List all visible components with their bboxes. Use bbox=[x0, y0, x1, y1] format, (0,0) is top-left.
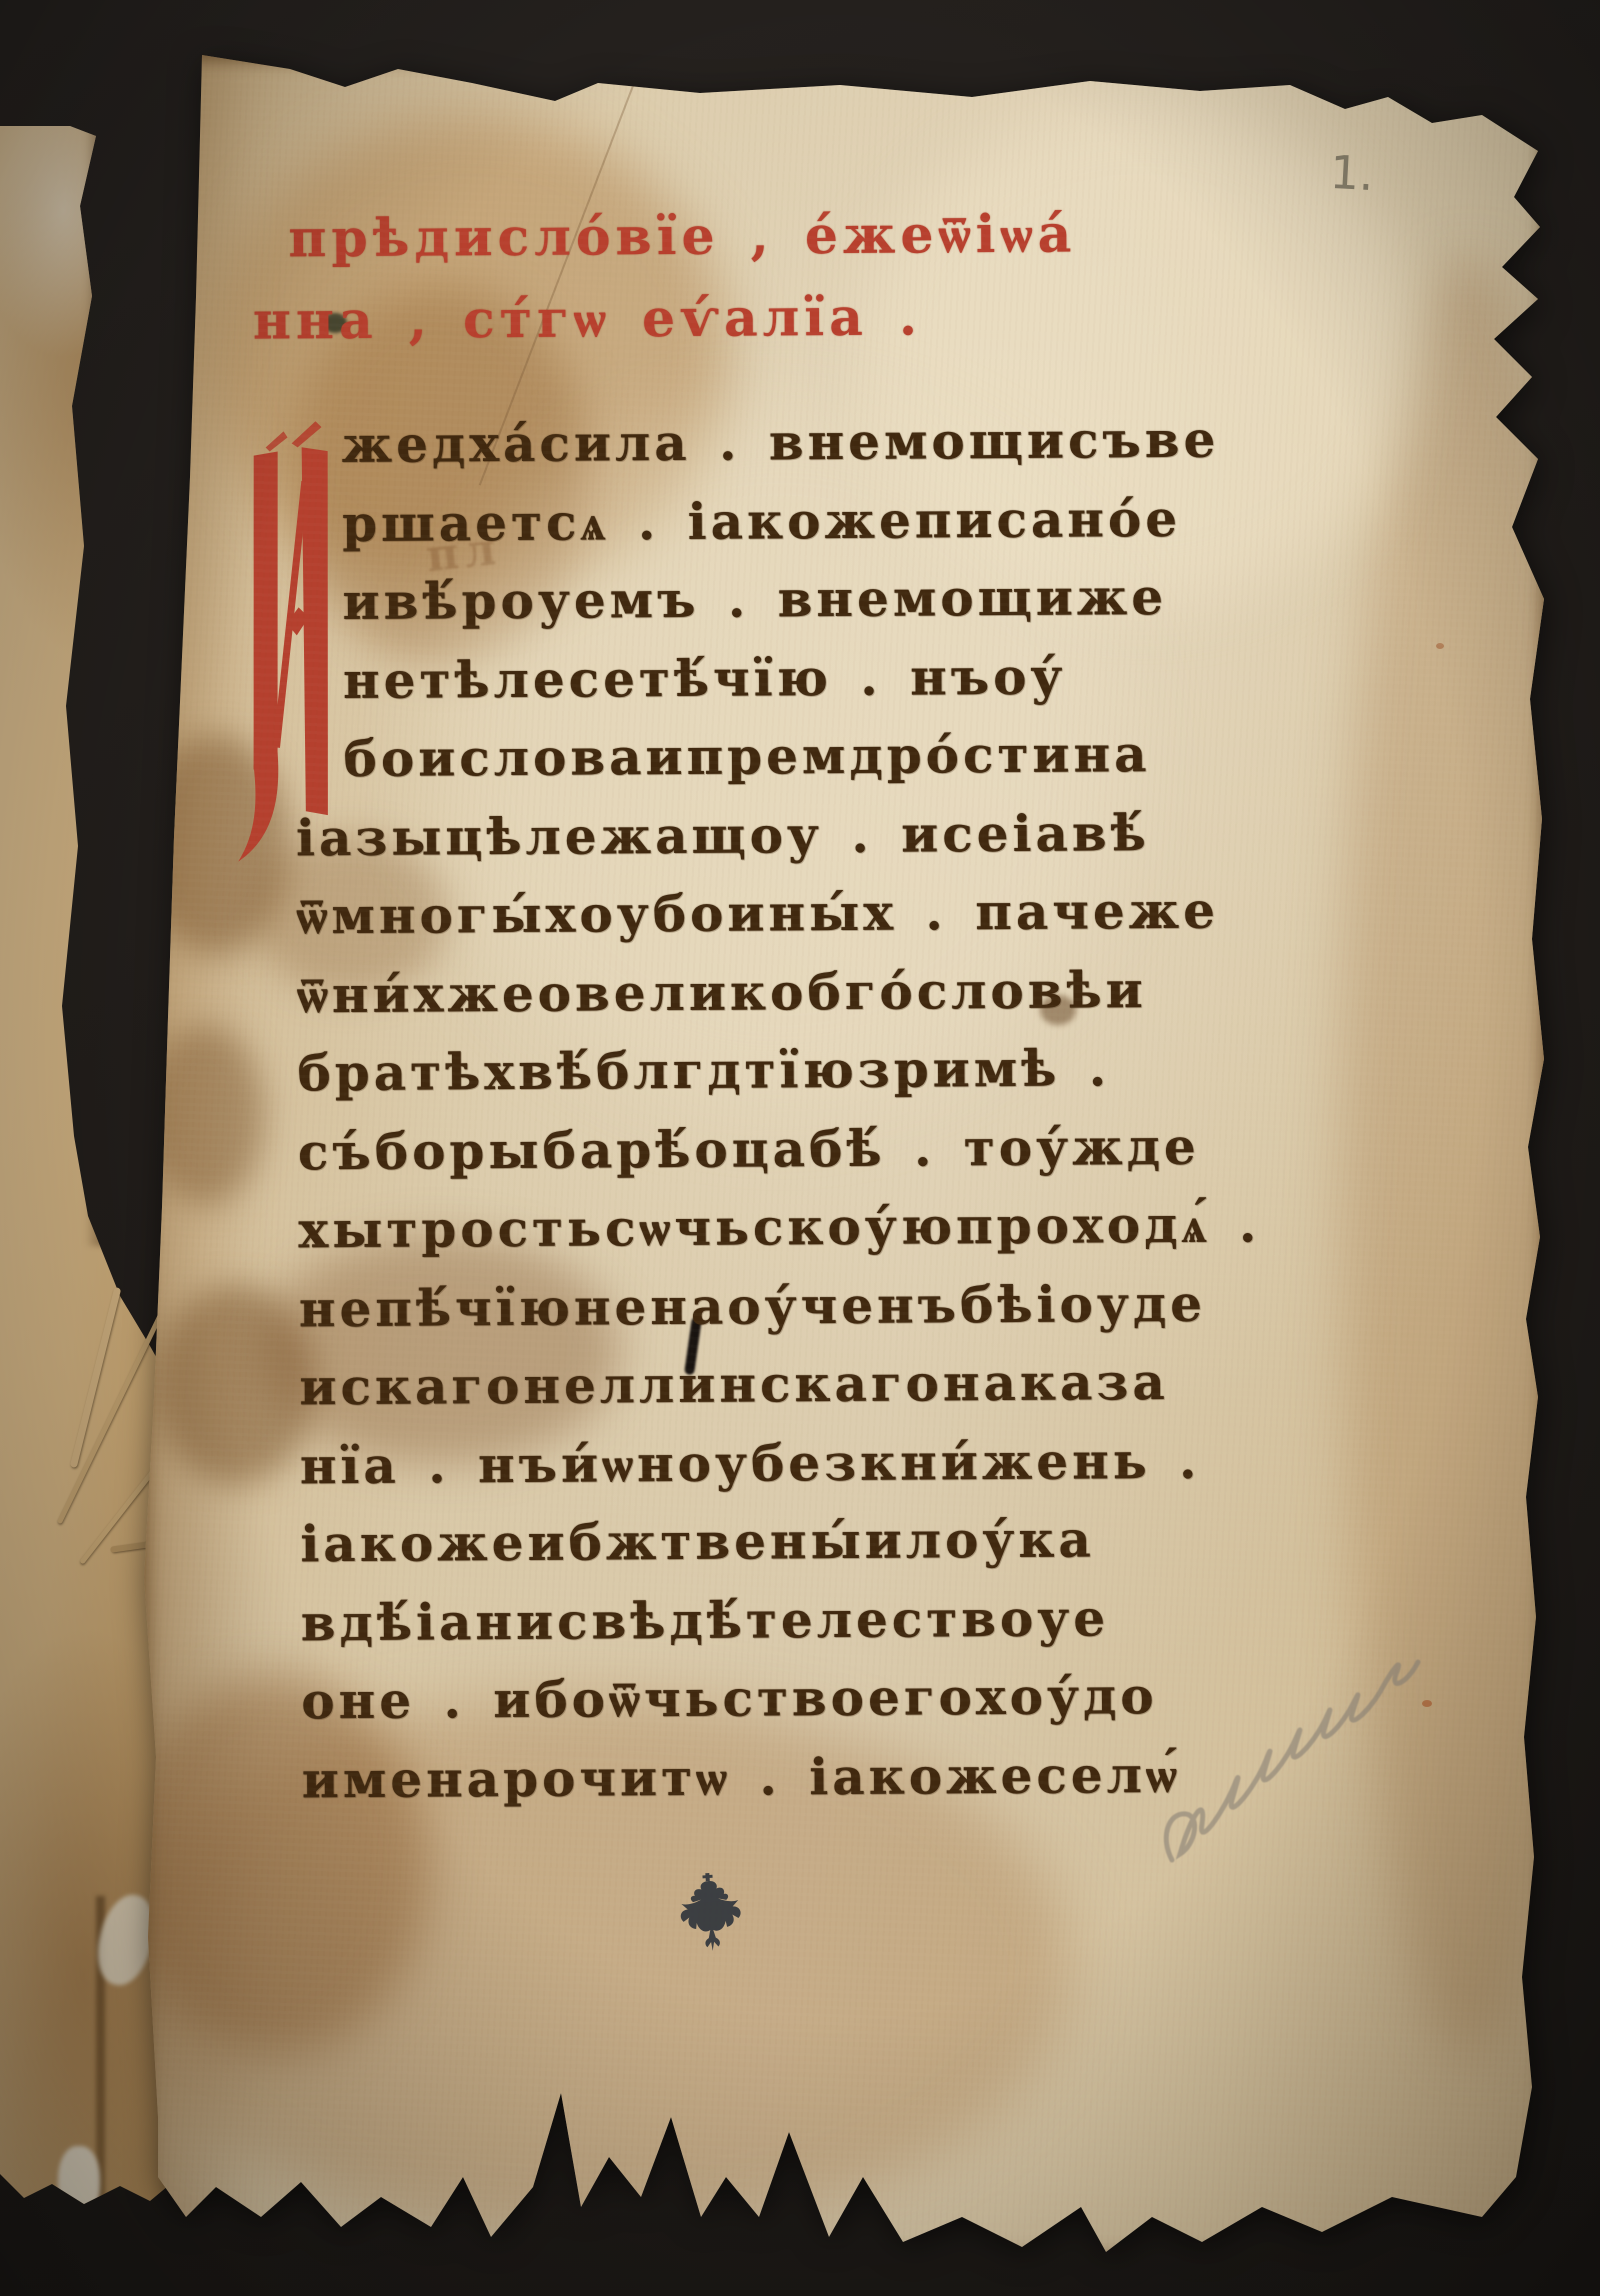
text-line: жедха́сила . внемощисъве bbox=[253, 400, 1255, 485]
rubric-header: прѣдисло́вїе , е́жеѿіѡа́ нна , ст́гѡ еѵ́… bbox=[252, 194, 1077, 363]
text-line: братѣхвѣ́блгдтїюзримѣ . bbox=[257, 1028, 1259, 1113]
text-line: нїа . нъи́ѡноубезкни́жень . bbox=[260, 1421, 1262, 1506]
body-text-block: жедха́сила . внемощисъве ршаетсѧ . іакож… bbox=[253, 400, 1264, 1819]
text-line: іазыцѣлежащоу . исеіавѣ́ bbox=[256, 793, 1258, 878]
text-line: ѿмногы́хоубоины́х . пачеже bbox=[256, 871, 1258, 956]
text-line: ршаетсѧ . іакожеписано́е bbox=[254, 479, 1256, 564]
text-line: вдѣ́іанисвѣдѣ́телествоуе bbox=[261, 1578, 1263, 1663]
text-line: оне . ибоѿчьствоегохоу́до bbox=[261, 1656, 1263, 1741]
manuscript-photo: прѣдисло́вїе , е́жеѿіѡа́ нна , ст́гѡ еѵ́… bbox=[0, 0, 1600, 2296]
manuscript-leaf: прѣдисло́вїе , е́жеѿіѡа́ нна , ст́гѡ еѵ́… bbox=[140, 55, 1548, 2265]
pencil-inscription-icon bbox=[1160, 1598, 1430, 1878]
text-line: ѿни́хжеовеликобго́словѣи bbox=[257, 950, 1259, 1035]
text-line: боисловаипремдро́стина bbox=[255, 714, 1257, 799]
double-headed-eagle-stamp-icon bbox=[676, 1872, 744, 1952]
text-line: именарочитѡ . іакожеселѡ́ bbox=[262, 1735, 1264, 1820]
rubric-line: прѣдисло́вїе , е́жеѿіѡа́ bbox=[252, 194, 1076, 281]
rubric-line: нна , ст́гѡ еѵ́алїа . bbox=[253, 276, 1077, 363]
text-line: непѣ́чїюненаоу́ченъбѣіоуде bbox=[259, 1264, 1261, 1349]
text-line: хытростьсѡчьскоу́юпроходѧ́ . bbox=[258, 1185, 1260, 1270]
text-line: искагонеллинскагонаказа bbox=[259, 1342, 1261, 1427]
paper-delamination-patch bbox=[58, 2146, 100, 2218]
folio-number: 1. bbox=[1329, 145, 1376, 201]
text-line: іакожеибжтвены́илоу́ка bbox=[260, 1499, 1262, 1584]
text-line: нетѣлесетѣ́чїю . нъоу́ bbox=[255, 636, 1257, 721]
stub-torn-edge bbox=[80, 126, 106, 1246]
text-line: съ́борыбарѣ́оцабѣ́ . тоу́жде bbox=[258, 1107, 1260, 1192]
text-line: ивѣ́роуемъ . внемощиже bbox=[254, 557, 1256, 642]
